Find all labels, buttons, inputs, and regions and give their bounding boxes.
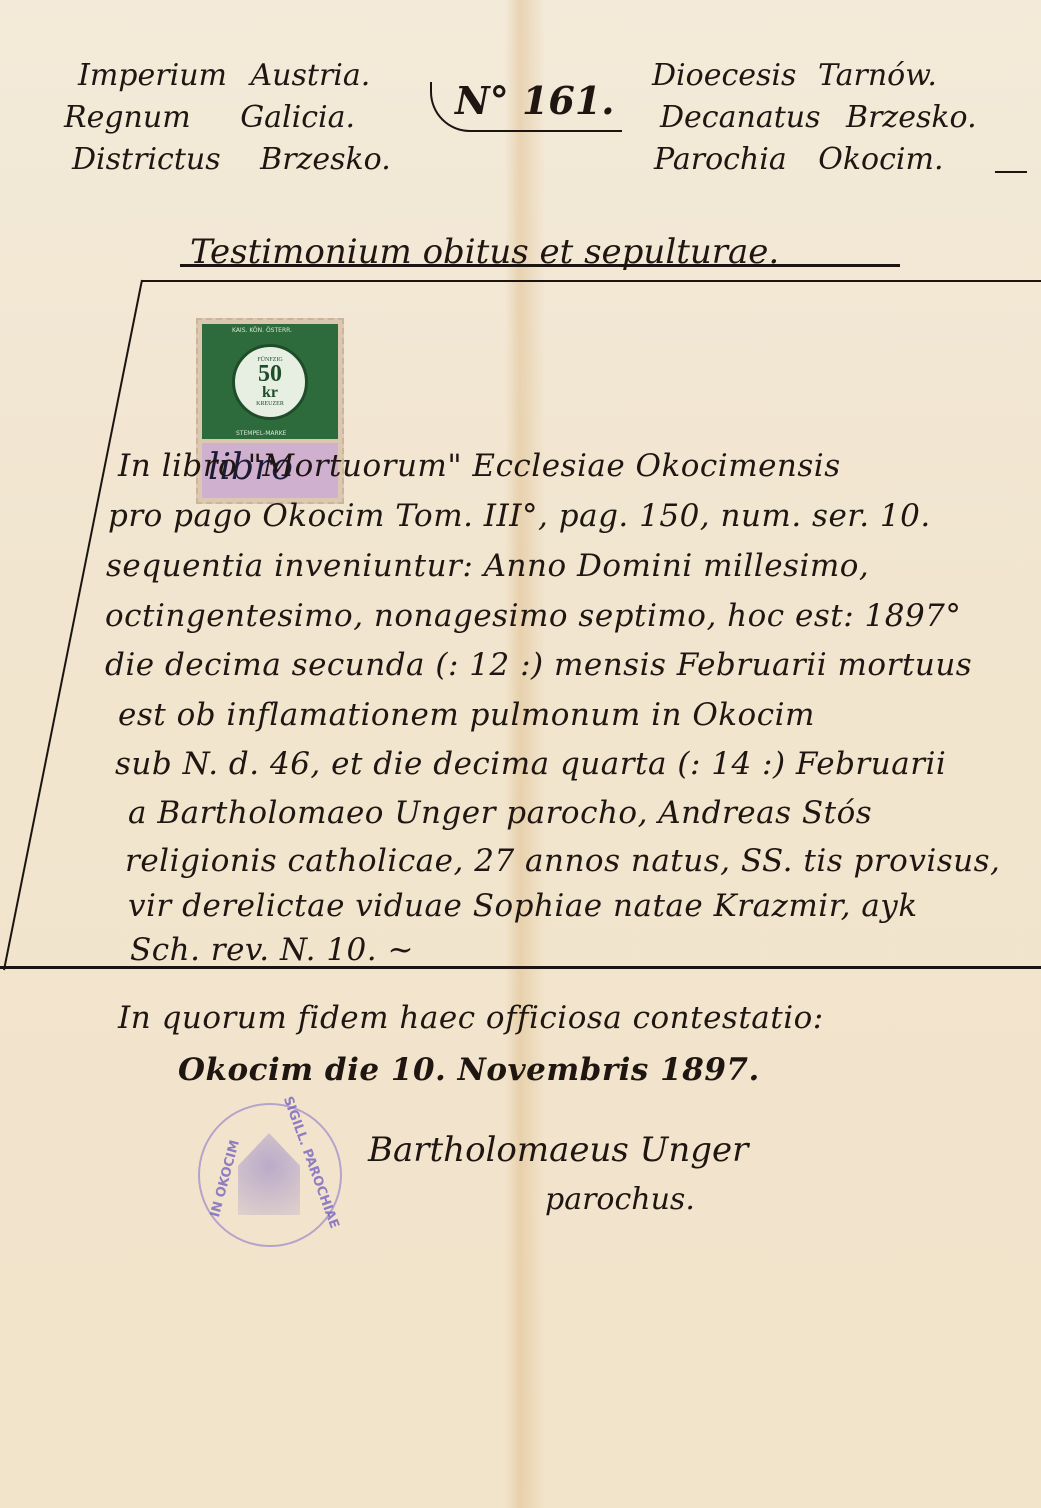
- signature-name: Bartholomaeus Unger: [368, 1130, 748, 1170]
- seal-emblem-icon: [238, 1133, 300, 1215]
- title-underline: [180, 264, 900, 267]
- frame-top-line: [142, 280, 1041, 282]
- body-line-10: vir derelictae viduae Sophiae natae Kraz…: [128, 888, 918, 924]
- header-regnum: Regnum Galicia.: [64, 98, 355, 138]
- body-line-9: religionis catholicae, 27 annos natus, S…: [125, 843, 1000, 879]
- stamp-unit: kr: [262, 385, 278, 401]
- certificate-number: N° 161.: [455, 78, 615, 123]
- body-line-8: a Bartholomaeo Unger parocho, Andreas St…: [128, 795, 872, 831]
- attestation-text: In quorum fidem haec officiosa contestat…: [118, 1000, 824, 1036]
- header-dioecesis: Dioecesis Tarnów.: [652, 56, 937, 96]
- body-line-3: sequentia inveniuntur: Anno Domini mille…: [106, 548, 869, 584]
- header-parochia: Parochia Okocim.: [654, 140, 944, 180]
- body-line-1: In libro "Mortuorum" Ecclesiae Okocimens…: [118, 448, 841, 484]
- body-line-4: octingentesimo, nonagesimo septimo, hoc …: [105, 598, 961, 634]
- stamp-value-circle: FÜNFZIG 50 kr KREUZER: [232, 344, 308, 420]
- body-line-5: die decima secunda (: 12 :) mensis Febru…: [105, 647, 972, 683]
- stamp-frame: KAIS. KÖN. ÖSTERR. FÜNFZIG 50 kr KREUZER…: [202, 324, 338, 439]
- signature-title: parochus.: [545, 1182, 695, 1217]
- body-line-7: sub N. d. 46, et die decima quarta (: 14…: [115, 746, 946, 782]
- header-decanatus: Decanatus Brzesko.: [660, 98, 977, 138]
- certificate-page: Imperium Austria. Regnum Galicia. Distri…: [0, 0, 1041, 1508]
- header-imperium: Imperium Austria.: [78, 56, 370, 96]
- body-line-2: pro pago Okocim Tom. III°, pag. 150, num…: [108, 498, 931, 534]
- header-districtus: Districtus Brzesko.: [72, 140, 391, 180]
- stamp-value: 50: [258, 363, 282, 385]
- body-line-11: Sch. rev. N. 10. ~: [130, 932, 414, 968]
- header-dash: [995, 171, 1027, 173]
- place-date: Okocim die 10. Novembris 1897.: [178, 1052, 760, 1088]
- parish-seal: IN OKOCIM SIGILL. PAROCHIAE: [198, 1103, 342, 1247]
- body-line-6: est ob inflamationem pulmonum in Okocim: [118, 697, 815, 733]
